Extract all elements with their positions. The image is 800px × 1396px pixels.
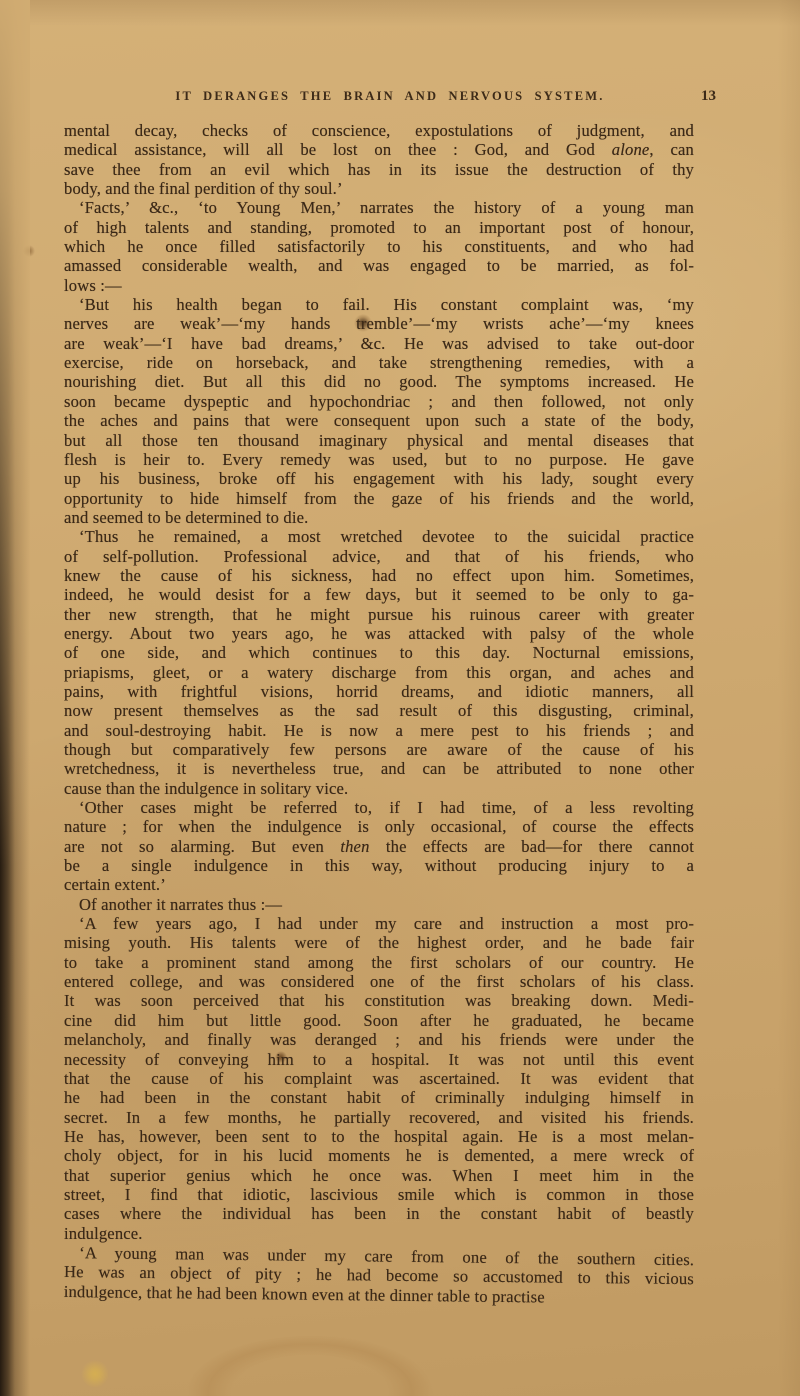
text-line: pains, with frightful visions, horrid dr… <box>64 682 694 701</box>
text-line: nature ; for when the indulgence is only… <box>64 817 694 836</box>
text-line: He has, however, been sent to to the hos… <box>64 1127 694 1146</box>
text-line: are weak’—‘I have bad dreams,’ &c. He wa… <box>64 334 694 353</box>
text-line: nerves are weak’—‘my hands tremble’—‘my … <box>64 314 694 333</box>
text-line: indeed, he would desist for a few days, … <box>64 585 694 604</box>
text-line: ‘Other cases might be referred to, if I … <box>64 798 694 817</box>
text-line: exercise, ride on horseback, and take st… <box>64 353 694 372</box>
paragraph: ‘Facts,’ &c., ‘to Young Men,’ narrates t… <box>64 198 694 295</box>
text-line: up his business, broke off his engagemen… <box>64 469 694 488</box>
page-header: IT DERANGES THE BRAIN AND NERVOUS SYSTEM… <box>64 88 716 105</box>
text-line: medical assistance, will all be lost on … <box>64 140 694 159</box>
text-line: lows :— <box>64 276 694 295</box>
text-line: entered college, and was considered one … <box>64 972 694 991</box>
text-line: of one side, and which continues to this… <box>64 643 694 662</box>
text-line: energy. About two years ago, he was atta… <box>64 624 694 643</box>
text-line: to take a prominent stand among the firs… <box>64 953 694 972</box>
paragraph: ‘But his health began to fail. His const… <box>64 295 694 527</box>
text-line: priapisms, gleet, or a watery discharge … <box>64 663 694 682</box>
text-line: wretchedness, it is nevertheless true, a… <box>64 759 694 778</box>
text-line: that superior genius which he once was. … <box>64 1166 694 1185</box>
page-number: 13 <box>682 88 716 105</box>
text-line: cine did him but little good. Soon after… <box>64 1011 694 1030</box>
text-line: but all those ten thousand imaginary phy… <box>64 431 694 450</box>
paragraph: ‘Other cases might be referred to, if I … <box>64 798 694 895</box>
text-line: It was soon perceived that his constitut… <box>64 991 694 1010</box>
text-line: cases where the individual has been in t… <box>64 1204 694 1223</box>
text-line: now present themselves as the sad result… <box>64 701 694 720</box>
text-line: indulgence. <box>64 1224 694 1243</box>
page-body: mental decay, checks of conscience, expo… <box>64 121 694 1301</box>
text-line: flesh is heir to. Every remedy was used,… <box>64 450 694 469</box>
text-line: certain extent.’ <box>64 875 694 894</box>
text-line: save thee from an evil which has in its … <box>64 160 694 179</box>
text-line: knew the cause of his sickness, had no e… <box>64 566 694 585</box>
text-line: melancholy, and finally was deranged ; a… <box>64 1030 694 1049</box>
text-line: opportunity to hide himself from the gaz… <box>64 489 694 508</box>
text-line: ‘A few years ago, I had under my care an… <box>64 914 694 933</box>
text-line: ther new strength, that he might pursue … <box>64 605 694 624</box>
text-line: Of another it narrates thus :— <box>64 895 694 914</box>
text-line: that the cause of his complaint was asce… <box>64 1069 694 1088</box>
paragraph: ‘Thus he remained, a most wretched devot… <box>64 527 694 798</box>
text-line: ‘Thus he remained, a most wretched devot… <box>64 527 694 546</box>
text-line: soon became dyspeptic and hypochondriac … <box>64 392 694 411</box>
text-line: street, I find that idiotic, lascivious … <box>64 1185 694 1204</box>
text-line: the aches and pains that were consequent… <box>64 411 694 430</box>
book-page: IT DERANGES THE BRAIN AND NERVOUS SYSTEM… <box>0 0 800 1396</box>
binding-shadow <box>0 0 30 1396</box>
paragraph: Of another it narrates thus :— <box>64 895 694 914</box>
text-line: of self-pollution. Professional advice, … <box>64 547 694 566</box>
text-line: which he once filled satisfactorily to h… <box>64 237 694 256</box>
text-line: ‘Facts,’ &c., ‘to Young Men,’ narrates t… <box>64 198 694 217</box>
text-line: cause than the indulgence in solitary vi… <box>64 779 694 798</box>
text-line: of high talents and standing, promoted t… <box>64 218 694 237</box>
text-line: and seemed to be determined to die. <box>64 508 694 527</box>
text-line: mising youth. His talents were of the hi… <box>64 933 694 952</box>
text-line: body, and the final perdition of thy sou… <box>64 179 694 198</box>
text-line: and soul-destroying habit. He is now a m… <box>64 721 694 740</box>
text-line: necessity of conveying him to a hospital… <box>64 1050 694 1069</box>
text-line: though but comparatively few persons are… <box>64 740 694 759</box>
text-line: ‘But his health began to fail. His const… <box>64 295 694 314</box>
text-line: nourishing diet. But all this did no goo… <box>64 372 694 391</box>
text-line: amassed considerable wealth, and was eng… <box>64 256 694 275</box>
text-line: secret. In a few months, he partially re… <box>64 1108 694 1127</box>
paragraph: mental decay, checks of conscience, expo… <box>64 121 694 198</box>
paragraph: ‘A few years ago, I had under my care an… <box>64 914 694 1243</box>
text-line: mental decay, checks of conscience, expo… <box>64 121 694 140</box>
paragraph: ‘A young man was under my care from one … <box>64 1243 695 1308</box>
running-head: IT DERANGES THE BRAIN AND NERVOUS SYSTEM… <box>98 89 682 104</box>
text-line: he had been in the constant habit of cri… <box>64 1088 694 1107</box>
text-line: choly object, for in his lucid moments h… <box>64 1146 694 1165</box>
text-line: be a single indulgence in this way, with… <box>64 856 694 875</box>
text-line: are not so alarming. But even then the e… <box>64 837 694 856</box>
